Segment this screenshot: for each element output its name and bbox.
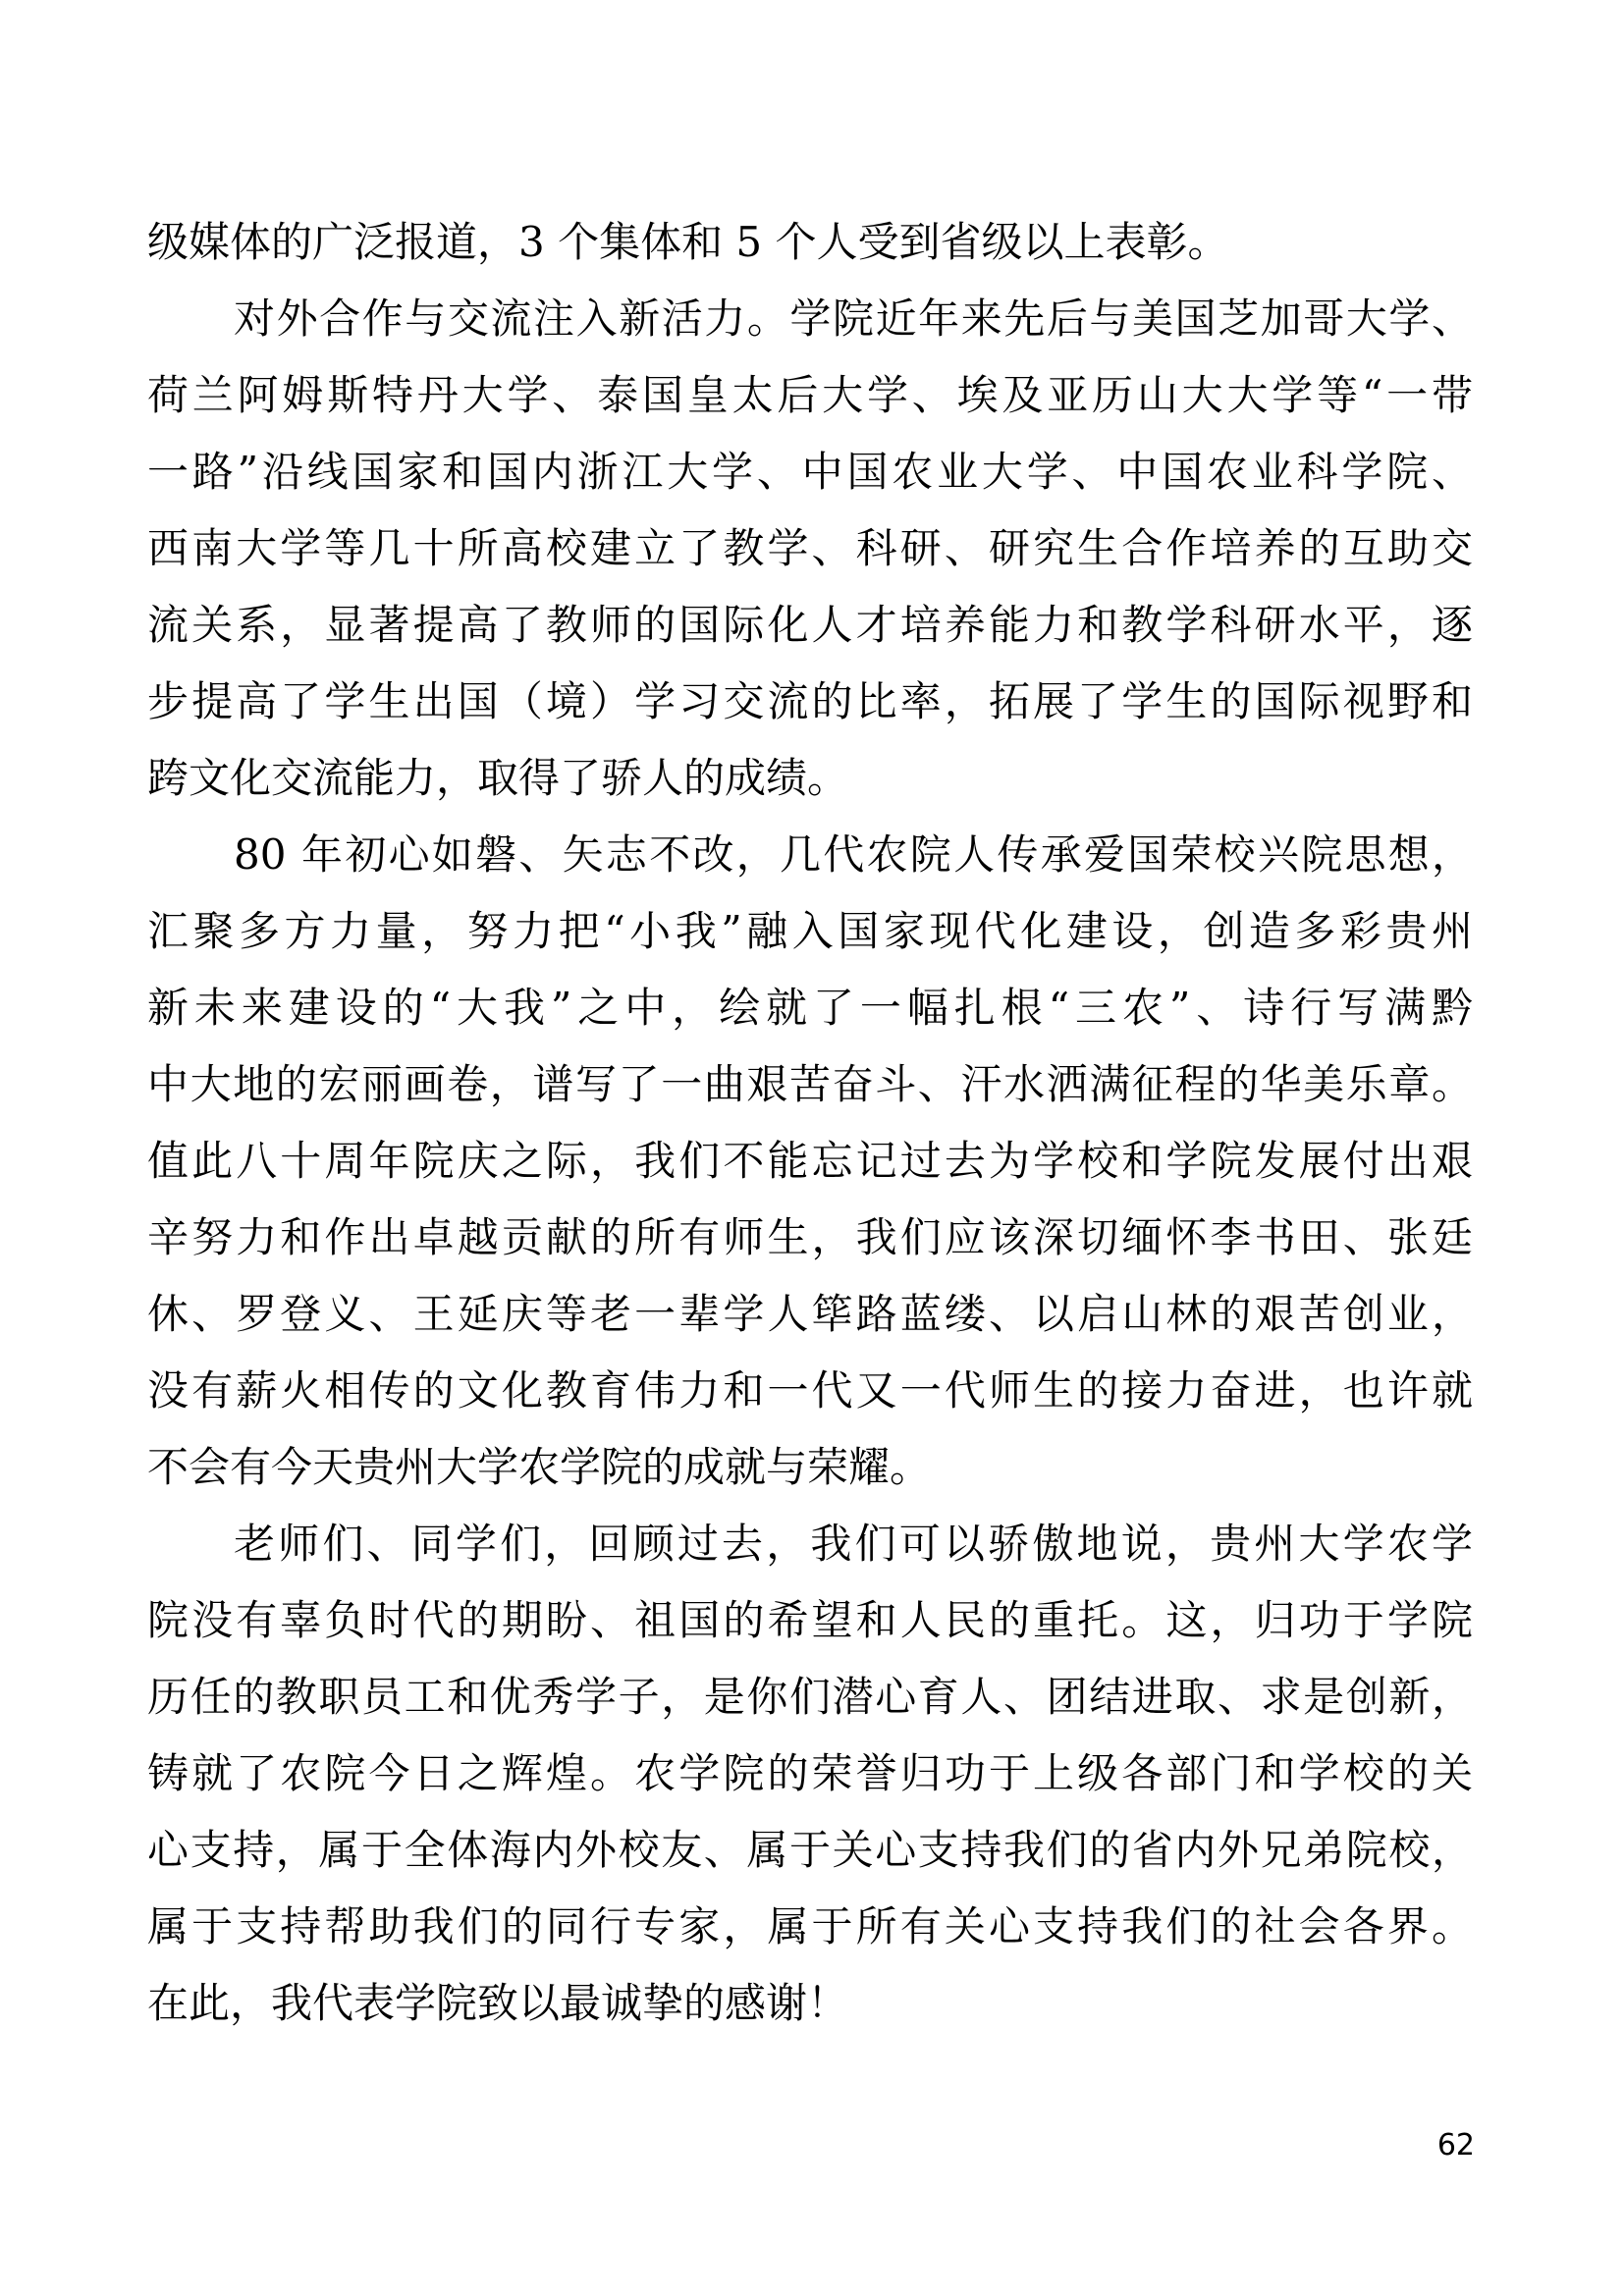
body-line: 院没有辜负时代的期盼、祖国的希望和人民的重托。这，归功于学院 — [147, 1582, 1473, 1659]
body-line: 汇聚多方力量，努力把“小我”融入国家现代化建设，创造多彩贵州 — [147, 893, 1473, 970]
body-text: 级媒体的广泛报道，3 个集体和 5 个人受到省级以上表彰。 对外合作与交流注入新… — [147, 204, 1473, 2042]
body-line: 对外合作与交流注入新活力。学院近年来先后与美国芝加哥大学、 — [147, 281, 1473, 357]
paragraph-gratitude: 老师们、同学们，回顾过去，我们可以骄傲地说，贵州大学农学 院没有辜负时代的期盼、… — [147, 1506, 1473, 2042]
body-line: 没有薪火相传的文化教育伟力和一代又一代师生的接力奋进，也许就 — [147, 1353, 1473, 1429]
paragraph-continuation: 级媒体的广泛报道，3 个集体和 5 个人受到省级以上表彰。 — [147, 204, 1473, 281]
paragraph-80-years: 80 年初心如磐、矢志不改，几代农院人传承爱国荣校兴院思想， 汇聚多方力量，努力… — [147, 817, 1473, 1506]
body-line: 属于支持帮助我们的同行专家，属于所有关心支持我们的社会各界。 — [147, 1889, 1473, 1965]
body-line: 一路”沿线国家和国内浙江大学、中国农业大学、中国农业科学院、 — [147, 434, 1473, 510]
body-line: 流关系，显著提高了教师的国际化人才培养能力和教学科研水平，逐 — [147, 587, 1473, 664]
body-line: 老师们、同学们，回顾过去，我们可以骄傲地说，贵州大学农学 — [147, 1506, 1473, 1582]
body-line: 心支持，属于全体海内外校友、属于关心支持我们的省内外兄弟院校， — [147, 1812, 1473, 1889]
body-line: 级媒体的广泛报道，3 个集体和 5 个人受到省级以上表彰。 — [147, 204, 1473, 281]
body-line: 值此八十周年院庆之际，我们不能忘记过去为学校和学院发展付出艰 — [147, 1123, 1473, 1200]
paragraph-cooperation: 对外合作与交流注入新活力。学院近年来先后与美国芝加哥大学、 荷兰阿姆斯特丹大学、… — [147, 281, 1473, 817]
body-line: 铸就了农院今日之辉煌。农学院的荣誉归功于上级各部门和学校的关 — [147, 1735, 1473, 1812]
body-line: 历任的教职员工和优秀学子，是你们潜心育人、团结进取、求是创新， — [147, 1659, 1473, 1735]
body-line: 休、罗登义、王延庆等老一辈学人筚路蓝缕、以启山林的艰苦创业， — [147, 1276, 1473, 1353]
body-line: 西南大学等几十所高校建立了教学、科研、研究生合作培养的互助交 — [147, 510, 1473, 587]
page-number: 62 — [1355, 2128, 1475, 2163]
body-line: 中大地的宏丽画卷，谱写了一曲艰苦奋斗、汗水洒满征程的华美乐章。 — [147, 1046, 1473, 1123]
body-line: 80 年初心如磐、矢志不改，几代农院人传承爱国荣校兴院思想， — [147, 817, 1473, 893]
body-line: 辛努力和作出卓越贡献的所有师生，我们应该深切缅怀李书田、张廷 — [147, 1200, 1473, 1276]
body-line: 新未来建设的“大我”之中，绘就了一幅扎根“三农”、诗行写满黔 — [147, 970, 1473, 1046]
body-line: 荷兰阿姆斯特丹大学、泰国皇太后大学、埃及亚历山大大学等“一带 — [147, 357, 1473, 434]
body-line: 步提高了学生出国（境）学习交流的比率，拓展了学生的国际视野和 — [147, 664, 1473, 740]
body-line: 在此，我代表学院致以最诚挚的感谢！ — [147, 1965, 1473, 2042]
body-line: 跨文化交流能力，取得了骄人的成绩。 — [147, 740, 1473, 817]
document-page: 级媒体的广泛报道，3 个集体和 5 个人受到省级以上表彰。 对外合作与交流注入新… — [0, 0, 1624, 2296]
body-line: 不会有今天贵州大学农学院的成就与荣耀。 — [147, 1429, 1473, 1506]
